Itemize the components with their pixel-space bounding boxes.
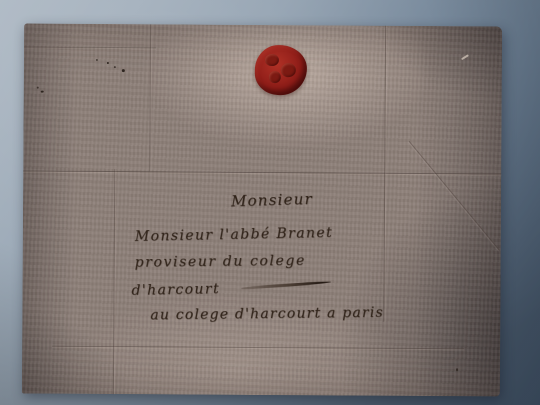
address-line-title: proviseur du colege	[135, 253, 306, 271]
address-line-college-text: d'harcourt	[131, 281, 220, 299]
address-line-salutation: Monsieur	[231, 190, 313, 210]
folded-letter-paper: Monsieur Monsieur l'abbé Branet proviseu…	[22, 24, 502, 397]
letter-photograph: Monsieur Monsieur l'abbé Branet proviseu…	[0, 0, 540, 405]
address-line-city: au colege d'harcourt a paris	[150, 305, 384, 324]
address-block: Monsieur Monsieur l'abbé Branet proviseu…	[22, 24, 502, 397]
address-line-college: d'harcourt	[131, 279, 332, 299]
address-line-recipient: Monsieur l'abbé Branet	[135, 225, 334, 245]
ink-flourish-dash	[242, 280, 332, 290]
